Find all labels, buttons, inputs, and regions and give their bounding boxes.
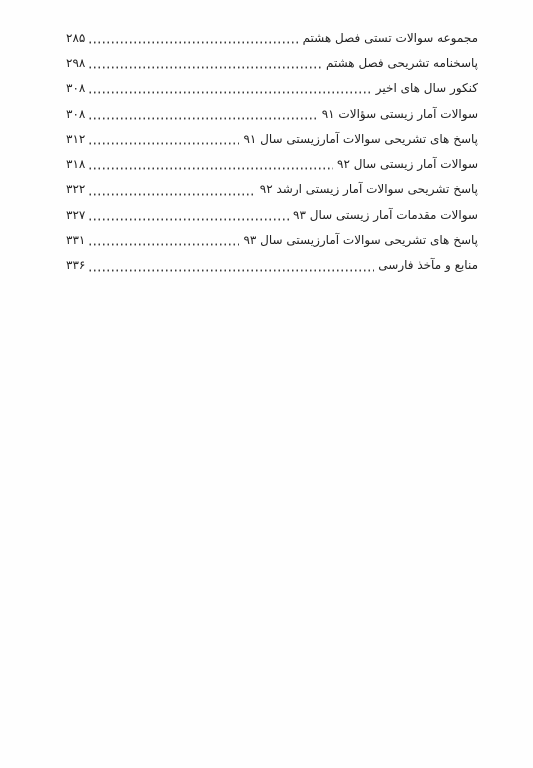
toc-entry-title: سوالات مقدمات آمار زیستی سال ۹۳ <box>293 208 478 222</box>
toc-entry-page-number: ۳۳۶ <box>66 258 85 272</box>
dotted-leader <box>88 202 289 227</box>
dotted-leader <box>88 76 371 101</box>
dotted-leader <box>88 50 322 75</box>
toc-entry-page-number: ۲۹۸ <box>66 56 85 70</box>
toc-entry-title: پاسخ تشریحی سوالات آمار زیستی ارشد ۹۲ <box>260 182 478 196</box>
dotted-leader <box>88 177 255 202</box>
toc-entry-title: پاسخنامه تشریحی فصل هشتم <box>326 56 478 70</box>
toc-entry-page-number: ۳۲۷ <box>66 208 85 222</box>
toc-entry-page-number: ۳۰۸ <box>66 81 85 95</box>
toc-entry: منابع و مآخذ فارسی ۳۳۶ <box>66 253 478 278</box>
toc-entry: پاسخ تشریحی سوالات آمار زیستی ارشد ۹۲ ۳۲… <box>66 177 478 202</box>
toc-entry-title: پاسخ های تشریحی سوالات آمارزیستی سال ۹۱ <box>243 132 478 146</box>
document-page: مجموعه سوالات تستی فصل هشتم ۲۸۵ پاسخنامه… <box>0 0 533 768</box>
toc-entry-page-number: ۲۸۵ <box>66 31 85 45</box>
toc-entry-title: پاسخ های تشریحی سوالات آمارزیستی سال ۹۳ <box>243 233 478 247</box>
toc-entry: مجموعه سوالات تستی فصل هشتم ۲۸۵ <box>66 25 478 50</box>
toc-entry: سوالات آمار زیستی سؤالات ۹۱ ۳۰۸ <box>66 101 478 126</box>
dotted-leader <box>88 227 239 252</box>
toc-entry: کنکور سال های اخیر ۳۰۸ <box>66 76 478 101</box>
dotted-leader <box>88 25 298 50</box>
toc-entry-title: مجموعه سوالات تستی فصل هشتم <box>303 31 478 45</box>
toc-entry: پاسخ های تشریحی سوالات آمارزیستی سال ۹۳ … <box>66 227 478 252</box>
toc-entry-title: سوالات آمار زیستی سال ۹۲ <box>337 157 478 171</box>
toc-entry: پاسخ های تشریحی سوالات آمارزیستی سال ۹۱ … <box>66 126 478 151</box>
table-of-contents: مجموعه سوالات تستی فصل هشتم ۲۸۵ پاسخنامه… <box>66 25 478 278</box>
toc-entry-title: سوالات آمار زیستی سؤالات ۹۱ <box>322 107 478 121</box>
toc-entry-page-number: ۳۰۸ <box>66 107 85 121</box>
dotted-leader <box>88 101 317 126</box>
toc-entry-page-number: ۳۳۱ <box>66 233 85 247</box>
toc-entry-page-number: ۳۱۲ <box>66 132 85 146</box>
dotted-leader <box>88 126 239 151</box>
toc-entry-page-number: ۳۱۸ <box>66 157 85 171</box>
toc-entry: پاسخنامه تشریحی فصل هشتم ۲۹۸ <box>66 50 478 75</box>
toc-entry: سوالات مقدمات آمار زیستی سال ۹۳ ۳۲۷ <box>66 202 478 227</box>
toc-entry-title: منابع و مآخذ فارسی <box>378 258 478 272</box>
dotted-leader <box>88 151 333 176</box>
toc-entry-title: کنکور سال های اخیر <box>376 81 478 95</box>
dotted-leader <box>88 253 374 278</box>
toc-entry: سوالات آمار زیستی سال ۹۲ ۳۱۸ <box>66 151 478 176</box>
toc-entry-page-number: ۳۲۲ <box>66 182 85 196</box>
